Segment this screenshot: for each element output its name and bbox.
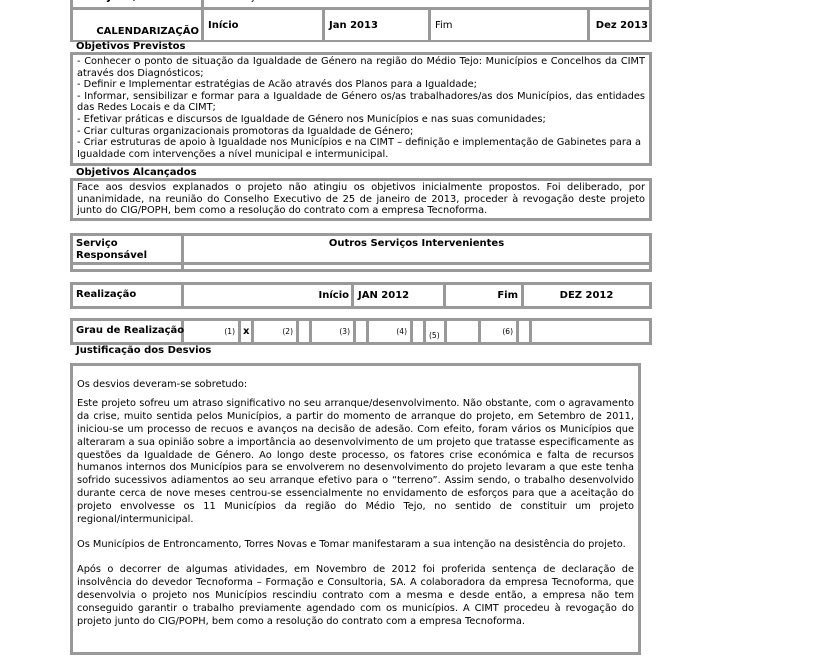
realizacao-start-label: Início <box>319 290 350 301</box>
realizacao-end-value-cell: DEZ 2012 <box>524 285 649 306</box>
realizacao-start-value-cell: JAN 2012 <box>354 285 443 306</box>
grau-option-mark: x <box>243 326 249 337</box>
grau-option-code: (5) <box>429 331 440 340</box>
grau-option-1-checkbox[interactable]: x <box>241 321 251 342</box>
grau-option-code: (1) <box>224 327 235 336</box>
outros-servicos-value <box>184 265 649 269</box>
schedule-start-label-cell: Início <box>204 10 322 40</box>
objetivo-item: - Definir e Implementar estratégias de A… <box>77 79 645 91</box>
objetivos-previstos-box: - Conhecer o ponto de situação da Iguald… <box>70 52 652 166</box>
justificacao-paragraph: Os Municípios de Entroncamento, Torres N… <box>77 539 634 552</box>
servico-responsavel-value <box>73 265 181 269</box>
justificacao-box: Os desvios deveram-se sobretudo: Este pr… <box>70 363 641 655</box>
objetivo-item: - Efetivar práticas e discursos de Igual… <box>77 114 645 126</box>
schedule-label: CALENDARIZAÇÃO <box>96 26 199 37</box>
realizacao-start-label-cell: Início <box>184 285 351 306</box>
schedule-start-value: Jan 2013 <box>329 20 378 31</box>
grau-option-3-checkbox[interactable] <box>356 321 366 342</box>
grau-option-4-checkbox[interactable] <box>413 321 423 342</box>
objetivos-alcancados-box: Face aos desvios explanados o projeto nã… <box>70 178 652 221</box>
realizacao-end-value: DEZ 2012 <box>524 290 649 301</box>
grau-option-5-code-cell: (5) <box>426 321 444 342</box>
objetivos-previstos-content: - Conhecer o ponto de situação da Iguald… <box>73 55 649 163</box>
grau-option-code: (3) <box>339 327 350 336</box>
grau-option-2-checkbox[interactable] <box>299 321 309 342</box>
grau-option-4-code-cell: (4) <box>369 321 410 342</box>
servico-responsavel-label: Serviço Responsável <box>76 238 156 262</box>
realizacao-start-value: JAN 2012 <box>358 290 409 301</box>
grau-option-6-checkbox[interactable] <box>519 321 529 342</box>
project-label-cell: PROJETO/ATIVIDADE <box>73 0 201 7</box>
objetivo-item: - Conhecer o ponto de situação da Iguald… <box>77 56 645 79</box>
objetivo-item: - Informar, sensibilizar e formar para a… <box>77 91 645 114</box>
objetivos-alcancados-title: Objetivos Alcançados <box>76 167 197 178</box>
grau-option-3-code-cell: (3) <box>312 321 353 342</box>
project-value-cell: Médio Tejo + = <box>204 0 649 7</box>
outros-servicos-label: Outros Serviços Intervenientes <box>184 238 649 249</box>
schedule-end-value-cell: Dez 2013 <box>590 10 649 40</box>
schedule-end-value: Dez 2013 <box>596 20 648 31</box>
outros-servicos-cell: Outros Serviços Intervenientes <box>184 236 649 262</box>
grau-option-1-code-cell: (1) <box>184 321 238 342</box>
grau-option-5-checkbox[interactable] <box>447 321 478 342</box>
objetivo-item: - Criar culturas organizacionais promoto… <box>77 126 645 138</box>
grau-option-2-code-cell: (2) <box>254 321 296 342</box>
schedule-end-label-cell: Fim <box>431 10 587 40</box>
realizacao-end-label-cell: Fim <box>446 285 521 306</box>
grau-option-code: (6) <box>502 327 513 336</box>
justificacao-paragraph: Este projeto sofreu um atraso significat… <box>77 398 634 527</box>
realizacao-end-label: Fim <box>497 290 518 301</box>
justificacao-content: Os desvios deveram-se sobretudo: Este pr… <box>73 366 638 652</box>
grau-option-6-code-cell: (6) <box>481 321 516 342</box>
project-value: Médio Tejo + = <box>208 0 284 3</box>
objetivos-alcancados-content: Face aos desvios explanados o projeto nã… <box>73 181 649 218</box>
schedule-label-cell: CALENDARIZAÇÃO <box>73 10 201 40</box>
justificacao-title: Justificação dos Desvios <box>76 345 211 356</box>
grau-option-code: (2) <box>282 327 293 336</box>
justificacao-paragraph: Os desvios deveram-se sobretudo: <box>77 379 634 392</box>
grau-option-code: (4) <box>396 327 407 336</box>
grau-label: Grau de Realização <box>76 325 184 336</box>
objetivos-previstos-title: Objetivos Previstos <box>76 41 185 52</box>
realizacao-label-cell: Realização <box>73 285 181 306</box>
grau-label-cell: Grau de Realização <box>73 321 181 342</box>
realizacao-label: Realização <box>76 289 136 300</box>
schedule-end-label: Fim <box>435 20 453 31</box>
schedule-start-value-cell: Jan 2013 <box>325 10 428 40</box>
objetivo-item: - Criar estruturas de apoio à Igualdade … <box>77 137 645 160</box>
justificacao-paragraph: Após o decorrer de algumas atividades, e… <box>77 564 634 629</box>
grau-observacoes-cell <box>532 321 649 342</box>
schedule-start-label: Início <box>208 20 239 31</box>
project-label: PROJETO/ATIVIDADE <box>84 0 197 3</box>
objetivos-alcancados-text: Face aos desvios explanados o projeto nã… <box>77 182 645 217</box>
servico-responsavel-cell: Serviço Responsável <box>73 236 181 262</box>
